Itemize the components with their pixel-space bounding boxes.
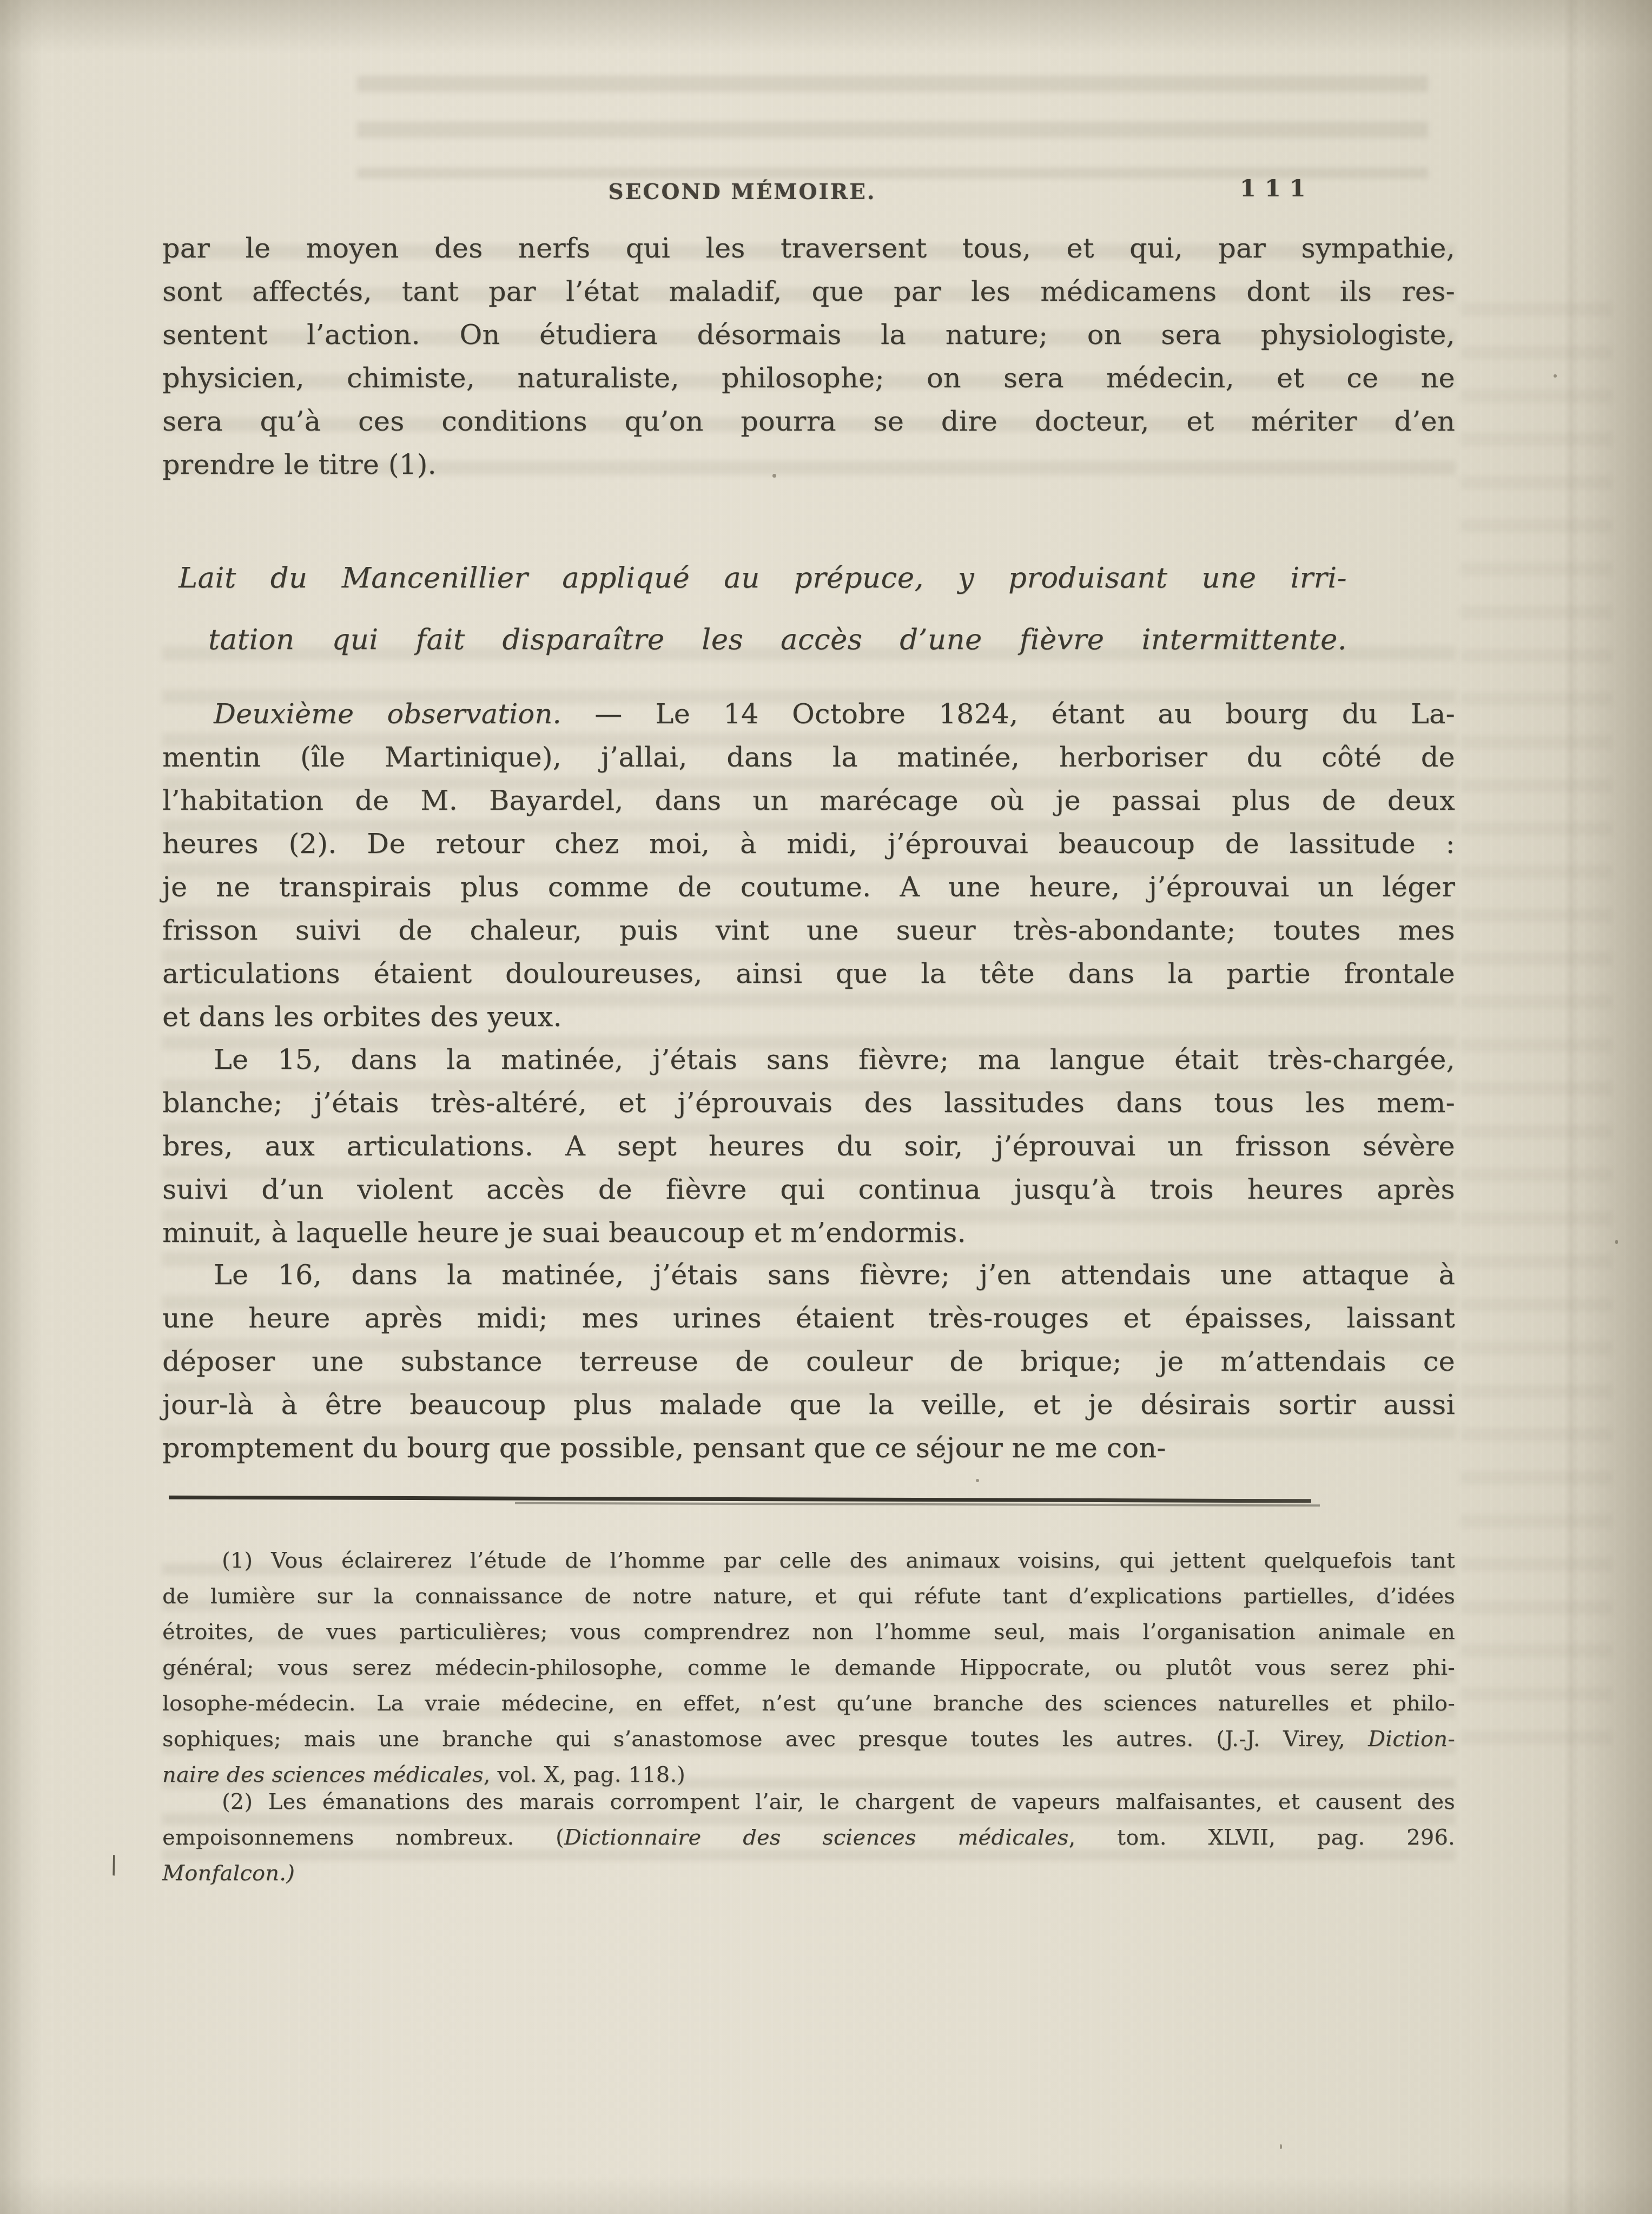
text-line: je ne transpirais plus comme de coutume.… [162,866,1455,909]
text-line: déposer une substance terreuse de couleu… [162,1340,1455,1384]
scanned-book-page: SECOND MÉMOIRE. 111 par le moyen des ner… [0,0,1652,2214]
paper-speck [1280,2144,1282,2149]
text-line: Lait du Mancenillier appliqué au prépuce… [179,547,1347,609]
text-line: et dans les orbites des yeux. [162,996,1455,1039]
italic-text: Lait du Mancenillier appliqué au prépuce… [179,561,1347,594]
paragraph: Le 15, dans la matinée, j’étais sans fiè… [162,1039,1455,1255]
paper-edge-shadow-top [0,0,1652,54]
italic-text: Diction- [1368,1727,1455,1752]
text-line: sera qu’à ces conditions qu’on pourra se… [162,400,1455,444]
text-line: bres, aux articulations. A sept heures d… [162,1125,1455,1168]
italic-text: Dictionnaire des sciences médicales [564,1825,1069,1850]
text-segment: , tom. XLVII, pag. 296. [1068,1825,1455,1850]
paper-edge-shadow-left [0,0,43,2214]
text-line: sophiques; mais une branche qui s’anasto… [162,1721,1455,1757]
text-line: Monfalcon.) [162,1855,1455,1891]
text-segment: mentin (île Martinique), j’allai, dans l… [162,742,1455,774]
text-segment: (1) Vous éclairerez l’étude de l’homme p… [222,1548,1455,1573]
italic-text: Deuxième observation. [214,698,561,730]
text-segment: suivi d’un violent accès de fièvre qui c… [162,1174,1455,1206]
text-line: jour-là à être beaucoup plus malade que … [162,1384,1455,1427]
text-segment: général; vous serez médecin-philosophe, … [162,1655,1455,1680]
paper-speck [1615,1240,1618,1244]
text-line: blanche; j’étais très-altéré, et j’éprou… [162,1082,1455,1125]
text-segment: sera qu’à ces conditions qu’on pourra se… [162,406,1455,438]
text-line: empoisonnemens nombreux. (Dictionnaire d… [162,1820,1455,1855]
text-segment: Le 15, dans la matinée, j’étais sans fiè… [214,1044,1455,1076]
text-line: Le 15, dans la matinée, j’étais sans fiè… [162,1039,1455,1082]
text-line: prendre le titre (1). [162,444,1455,487]
text-line: articulations étaient douloureuses, ains… [162,953,1455,996]
text-segment: prendre le titre (1). [162,449,437,481]
bleedthrough-band [1461,303,1612,1763]
bleedthrough-band [357,76,1428,179]
text-line: une heure après midi; mes urines étaient… [162,1297,1455,1340]
text-segment: étroites, de vues particulières; vous co… [162,1620,1455,1644]
text-line: de lumière sur la connaissance de notre … [162,1578,1455,1614]
text-segment: par le moyen des nerfs qui les traversen… [162,233,1455,265]
text-segment: promptement du bourg que possible, pensa… [162,1432,1166,1464]
italic-text: tation qui fait disparaître les accès d’… [208,623,1347,656]
footnote: (1) Vous éclairerez l’étude de l’homme p… [162,1543,1455,1793]
text-line: heures (2). De retour chez moi, à midi, … [162,823,1455,866]
text-segment: minuit, à laquelle heure je suai beaucou… [162,1217,966,1249]
text-segment: l’habitation de M. Bayardel, dans un mar… [162,785,1455,817]
text-line: tation qui fait disparaître les accès d’… [179,609,1347,671]
text-segment: sophiques; mais une branche qui s’anasto… [162,1727,1368,1752]
paper-edge-shadow-bottom [0,2176,1652,2214]
paper-edge-shadow-right [1571,0,1652,2214]
text-line: par le moyen des nerfs qui les traversen… [162,227,1455,270]
text-segment: bres, aux articulations. A sept heures d… [162,1131,1455,1162]
text-segment: Le 16, dans la matinée, j’étais sans fiè… [214,1259,1455,1291]
text-segment: articulations étaient douloureuses, ains… [162,958,1455,990]
text-line: Le 16, dans la matinée, j’étais sans fiè… [162,1254,1455,1297]
text-segment: de lumière sur la connaissance de notre … [162,1584,1455,1609]
text-line: losophe-médecin. La vraie médecine, en e… [162,1686,1455,1721]
footnote-rule [169,1496,1311,1503]
text-segment: sentent l’action. On étudiera désormais … [162,319,1455,351]
text-line: (2) Les émanations des marais corrompent… [162,1784,1455,1820]
section-heading: Lait du Mancenillier appliqué au prépuce… [179,547,1347,671]
text-line: suivi d’un violent accès de fièvre qui c… [162,1168,1455,1212]
text-segment: jour-là à être beaucoup plus malade que … [162,1389,1455,1421]
text-line: Deuxième observation. — Le 14 Octobre 18… [162,693,1455,736]
text-segment: déposer une substance terreuse de couleu… [162,1346,1455,1378]
text-line: mentin (île Martinique), j’allai, dans l… [162,736,1455,779]
text-line: minuit, à laquelle heure je suai beaucou… [162,1212,1455,1255]
paragraph: Le 16, dans la matinée, j’étais sans fiè… [162,1254,1455,1470]
text-line: étroites, de vues particulières; vous co… [162,1614,1455,1650]
text-segment: une heure après midi; mes urines étaient… [162,1303,1455,1334]
text-line: sont affectés, tant par l’état maladif, … [162,270,1455,314]
text-segment: empoisonnemens nombreux. ( [162,1825,564,1850]
running-head-title: SECOND MÉMOIRE. [609,180,876,204]
text-line: (1) Vous éclairerez l’étude de l’homme p… [162,1543,1455,1578]
text-line: promptement du bourg que possible, pensa… [162,1427,1455,1470]
paper-crease [1564,0,1578,2214]
text-line: l’habitation de M. Bayardel, dans un mar… [162,779,1455,823]
paragraph: Deuxième observation. — Le 14 Octobre 18… [162,693,1455,1039]
footnote: (2) Les émanations des marais corrompent… [162,1784,1455,1891]
page-number: 111 [1240,175,1314,202]
text-segment: losophe-médecin. La vraie médecine, en e… [162,1691,1455,1716]
text-line: général; vous serez médecin-philosophe, … [162,1650,1455,1686]
text-segment: physicien, chimiste, naturaliste, philos… [162,362,1455,394]
text-segment: blanche; j’étais très-altéré, et j’éprou… [162,1087,1455,1119]
text-line: frisson suivi de chaleur, puis vint une … [162,909,1455,953]
italic-text: Monfalcon.) [162,1861,295,1886]
margin-mark: \ [108,1849,120,1880]
paragraph: par le moyen des nerfs qui les traversen… [162,227,1455,487]
text-line: physicien, chimiste, naturaliste, philos… [162,357,1455,400]
text-segment: (2) Les émanations des marais corrompent… [222,1789,1455,1814]
text-segment: je ne transpirais plus comme de coutume.… [162,871,1455,903]
text-segment: heures (2). De retour chez moi, à midi, … [162,828,1455,860]
text-segment: et dans les orbites des yeux. [162,1001,562,1033]
paper-speck [1554,374,1557,378]
text-segment: sont affectés, tant par l’état maladif, … [162,276,1455,308]
text-segment: frisson suivi de chaleur, puis vint une … [162,915,1455,947]
text-line: sentent l’action. On étudiera désormais … [162,314,1455,357]
text-segment: — Le 14 Octobre 1824, étant au bourg du … [561,698,1455,730]
paper-speck [976,1479,979,1482]
